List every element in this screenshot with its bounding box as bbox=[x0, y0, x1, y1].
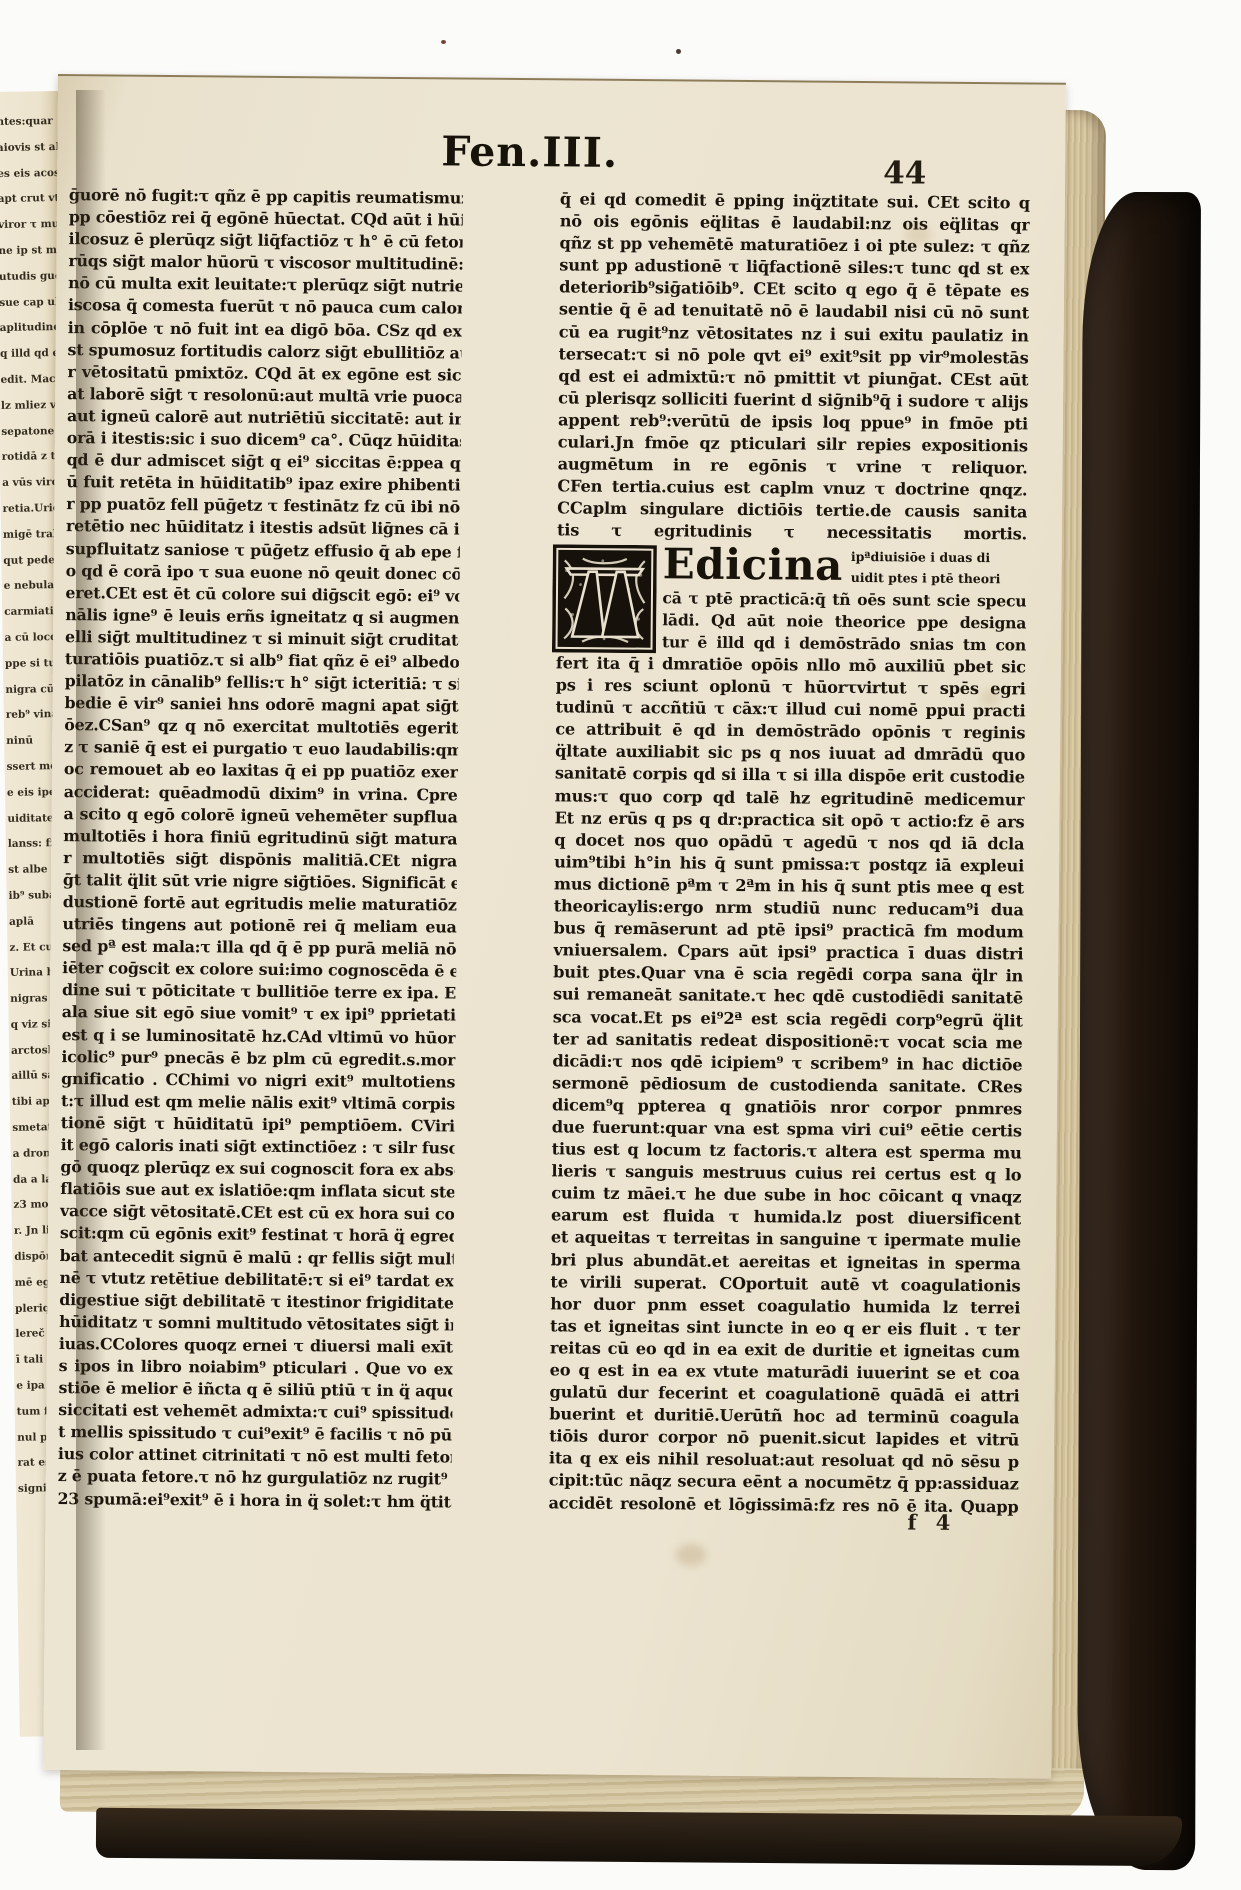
book-page: Fen.III. 44 ḡuorē nō fugit:τ qñz ē pp ca… bbox=[43, 74, 1066, 1779]
chapter-opening-word: Edicina bbox=[663, 543, 844, 589]
fragment-line: es eis acost ac bbox=[0, 161, 63, 188]
paper-speck bbox=[676, 49, 681, 54]
left-text-column: ḡuorē nō fugit:τ qñz ē pp capitis reumat… bbox=[57, 184, 463, 1513]
book-photo: ntes:quaraiovis st albedises eis acost a… bbox=[0, 0, 1241, 1890]
text-line: oc remouet ab eo laxitas q̄ ei pp puatiō… bbox=[64, 759, 458, 785]
text-line: ala siue sit egō siue vomit⁹ τ ex ipi⁹ p… bbox=[62, 1002, 456, 1028]
edicina-row: Edicina ipªdiuisiōe i duas di uidit ptes… bbox=[663, 543, 1027, 590]
fragment-line: apt crut vt iuua bbox=[0, 186, 64, 213]
text-line: digestiue siḡt debilitatē τ itestinor fr… bbox=[59, 1289, 453, 1315]
text-line: eret.CEt est ēt cū colore sui diḡscit eg… bbox=[65, 582, 459, 608]
chapter-opening: Edicina ipªdiuisiōe i duas di uidit ptes… bbox=[556, 542, 1027, 657]
text-line: z ē puata fetore.τ nō hz gurgulatiōz nz … bbox=[58, 1465, 452, 1491]
right-column-upper-lines: q̄ ei qd comedit ē pping inq̈ztitate sui… bbox=[557, 188, 1030, 546]
running-title: Fen.III. bbox=[441, 127, 618, 177]
text-line: cā τ ptē practicā:q̄ tñ oēs sunt scie sp… bbox=[662, 587, 1026, 612]
text-line: tur ē illd qd i demōstrādo snias tm con bbox=[662, 631, 1026, 656]
text-line: acciderat: quēadmodū dixim⁹ in vrina. Cp… bbox=[64, 781, 458, 807]
text-line: icolic⁹ pur⁹ pnecās ē bz plm cū egredit.… bbox=[61, 1046, 455, 1072]
fragment-line: viror τ mult bbox=[0, 212, 64, 239]
text-line: a scito q egō colorē igneū vehemēter sup… bbox=[63, 803, 457, 829]
binding-shadow bbox=[96, 1808, 1182, 1867]
decorated-initial-M bbox=[552, 544, 657, 653]
text-line: o qd ē corā ipo τ sua euone nō qeuit don… bbox=[66, 560, 460, 586]
text-line: multotiēs i hora finiū egritudinū siḡt m… bbox=[63, 825, 457, 851]
fragment-line: aiovis st albedis bbox=[0, 135, 63, 162]
text-line: gnificatio . CChimi vo nigri exit⁹ multo… bbox=[61, 1068, 455, 1094]
text-line: 23 spumā:ei⁹exit⁹ ē i hora in q̈ solet:τ… bbox=[57, 1488, 451, 1514]
right-column-lower-lines: fert ita q̄ i dmratiōe opōis nllo mō aux… bbox=[548, 652, 1026, 1518]
fragment-line: ntes:quar bbox=[0, 109, 63, 136]
text-line: nālis igne⁹ ē leuis erñs igneitatz q si … bbox=[65, 604, 459, 630]
text-line: retētio nec hūiditatz i itestis adsūt li… bbox=[66, 515, 460, 541]
text-line: nē τ vtutz retētiue debilitatē:τ si ei⁹ … bbox=[59, 1267, 453, 1293]
folio-number: 44 bbox=[883, 155, 926, 191]
paper-speck bbox=[441, 40, 446, 44]
text-line: iscosa q̄ comesta fuerūt τ nō pauca cum … bbox=[68, 295, 462, 321]
text-line: bat antecedit signū ē malū : qr fellis s… bbox=[60, 1245, 454, 1271]
book-binding bbox=[1077, 192, 1201, 1870]
text-line: supfluitatz saniose τ pūḡetz effusio q̄ … bbox=[66, 538, 460, 564]
text-line: in cōplōe τ nō fuit int ea digō bōa. CSz… bbox=[68, 317, 462, 343]
text-line: scit:qm cū egōnis exit⁹ festinat τ horā … bbox=[60, 1222, 454, 1248]
right-text-column: q̄ ei qd comedit ē pping inq̈ztitate sui… bbox=[548, 188, 1030, 1518]
text-line: ipªdiuisiōe i duas di bbox=[851, 548, 990, 564]
text-line: hūiditatz τ somni multitudo vētositates … bbox=[59, 1311, 453, 1337]
text-line: st spumosuz fortitudis calorz siḡt ebull… bbox=[67, 339, 461, 365]
text-line: uidit ptes i ptē theori bbox=[851, 569, 1001, 585]
text-line: est q i se luminositatē hz.CAd vltimū vo… bbox=[62, 1024, 456, 1050]
text-line: r vētositatū pmixtōz. CQd āt ex egōne es… bbox=[67, 361, 461, 387]
quire-signature: f 4 bbox=[907, 1509, 950, 1534]
fragment-line: ne ip st mali bbox=[0, 238, 65, 265]
initial-side-lines: ipªdiuisiōe i duas di uidit ptes i ptē t… bbox=[851, 544, 1027, 590]
text-line: lādi. Qd aūt noie theorice ppe designa bbox=[662, 609, 1026, 634]
